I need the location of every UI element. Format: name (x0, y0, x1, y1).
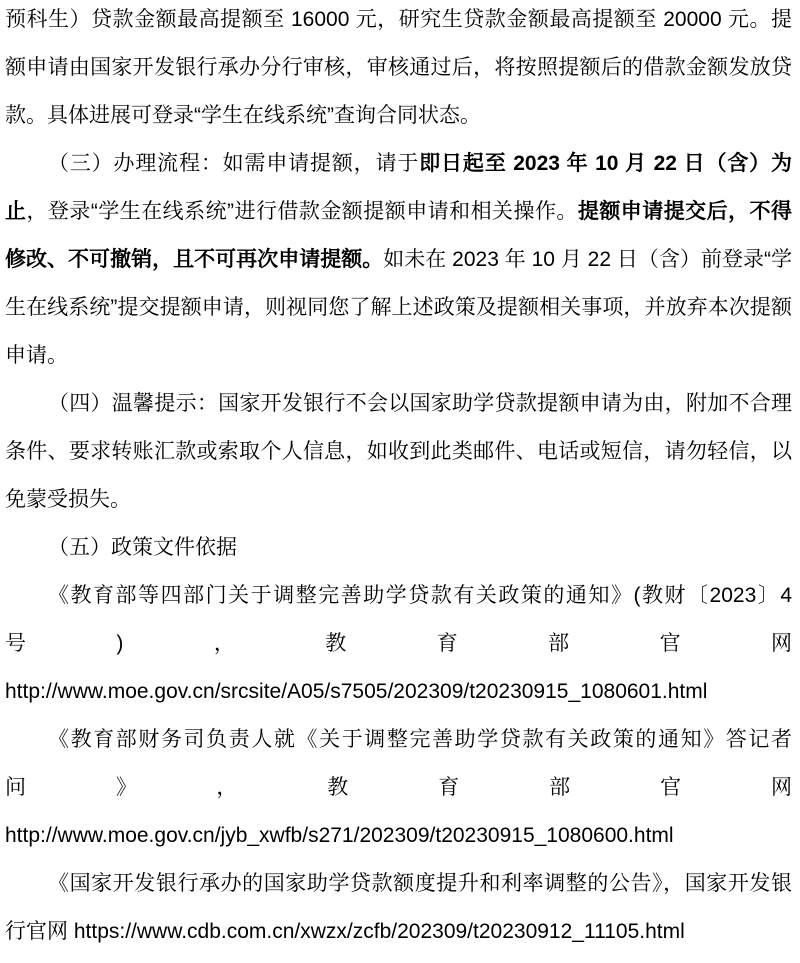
url-moe-qa: http://www.moe.gov.cn/jyb_xwfb/s271/2023… (5, 824, 674, 847)
document-page: 预科生）贷款金额最高提额至 16000 元，研究生贷款金额最高提额至 20000… (0, 0, 800, 959)
para-reference-moe-notice: 《教育部等四部门关于调整完善助学贷款有关政策的通知》(教财〔2023〕4 号)，… (5, 572, 792, 716)
url-moe-notice: http://www.moe.gov.cn/srcsite/A05/s7505/… (5, 680, 707, 703)
para-policy-heading: （五）政策文件依据 (5, 524, 792, 572)
text-run: （四）温馨提示：国家开发银行不会以国家助学贷款提额申请为由，附加不合理条件、要求… (5, 392, 792, 511)
para-process: （三）办理流程：如需申请提额，请于即日起至 2023 年 10 月 22 日（含… (5, 140, 792, 380)
text-run: ，登录“学生在线系统”进行借款金额提额申请和相关操作。 (26, 200, 577, 223)
text-run: 预科生）贷款金额最高提额至 16000 元，研究生贷款金额最高提额至 20000… (5, 8, 792, 127)
text-run: 《教育部等四部门关于调整完善助学贷款有关政策的通知》(教财〔2023〕4 号)，… (5, 584, 792, 655)
text-run: （五）政策文件依据 (48, 536, 237, 559)
para-reference-cdb-announcement: 《国家开发银行承办的国家助学贷款额度提升和利率调整的公告》，国家开发银行官网 h… (5, 860, 792, 956)
para-loan-amount: 预科生）贷款金额最高提额至 16000 元，研究生贷款金额最高提额至 20000… (5, 0, 792, 140)
para-warm-tip: （四）温馨提示：国家开发银行不会以国家助学贷款提额申请为由，附加不合理条件、要求… (5, 380, 792, 524)
url-cdb-announcement: https://www.cdb.com.cn/xwzx/zcfb/202309/… (74, 920, 685, 943)
text-run: （三）办理流程：如需申请提额，请于 (48, 152, 419, 175)
text-run: 《教育部财务司负责人就《关于调整完善助学贷款有关政策的通知》答记者问》，教育部官… (5, 728, 792, 799)
para-reference-moe-qa: 《教育部财务司负责人就《关于调整完善助学贷款有关政策的通知》答记者问》，教育部官… (5, 716, 792, 860)
